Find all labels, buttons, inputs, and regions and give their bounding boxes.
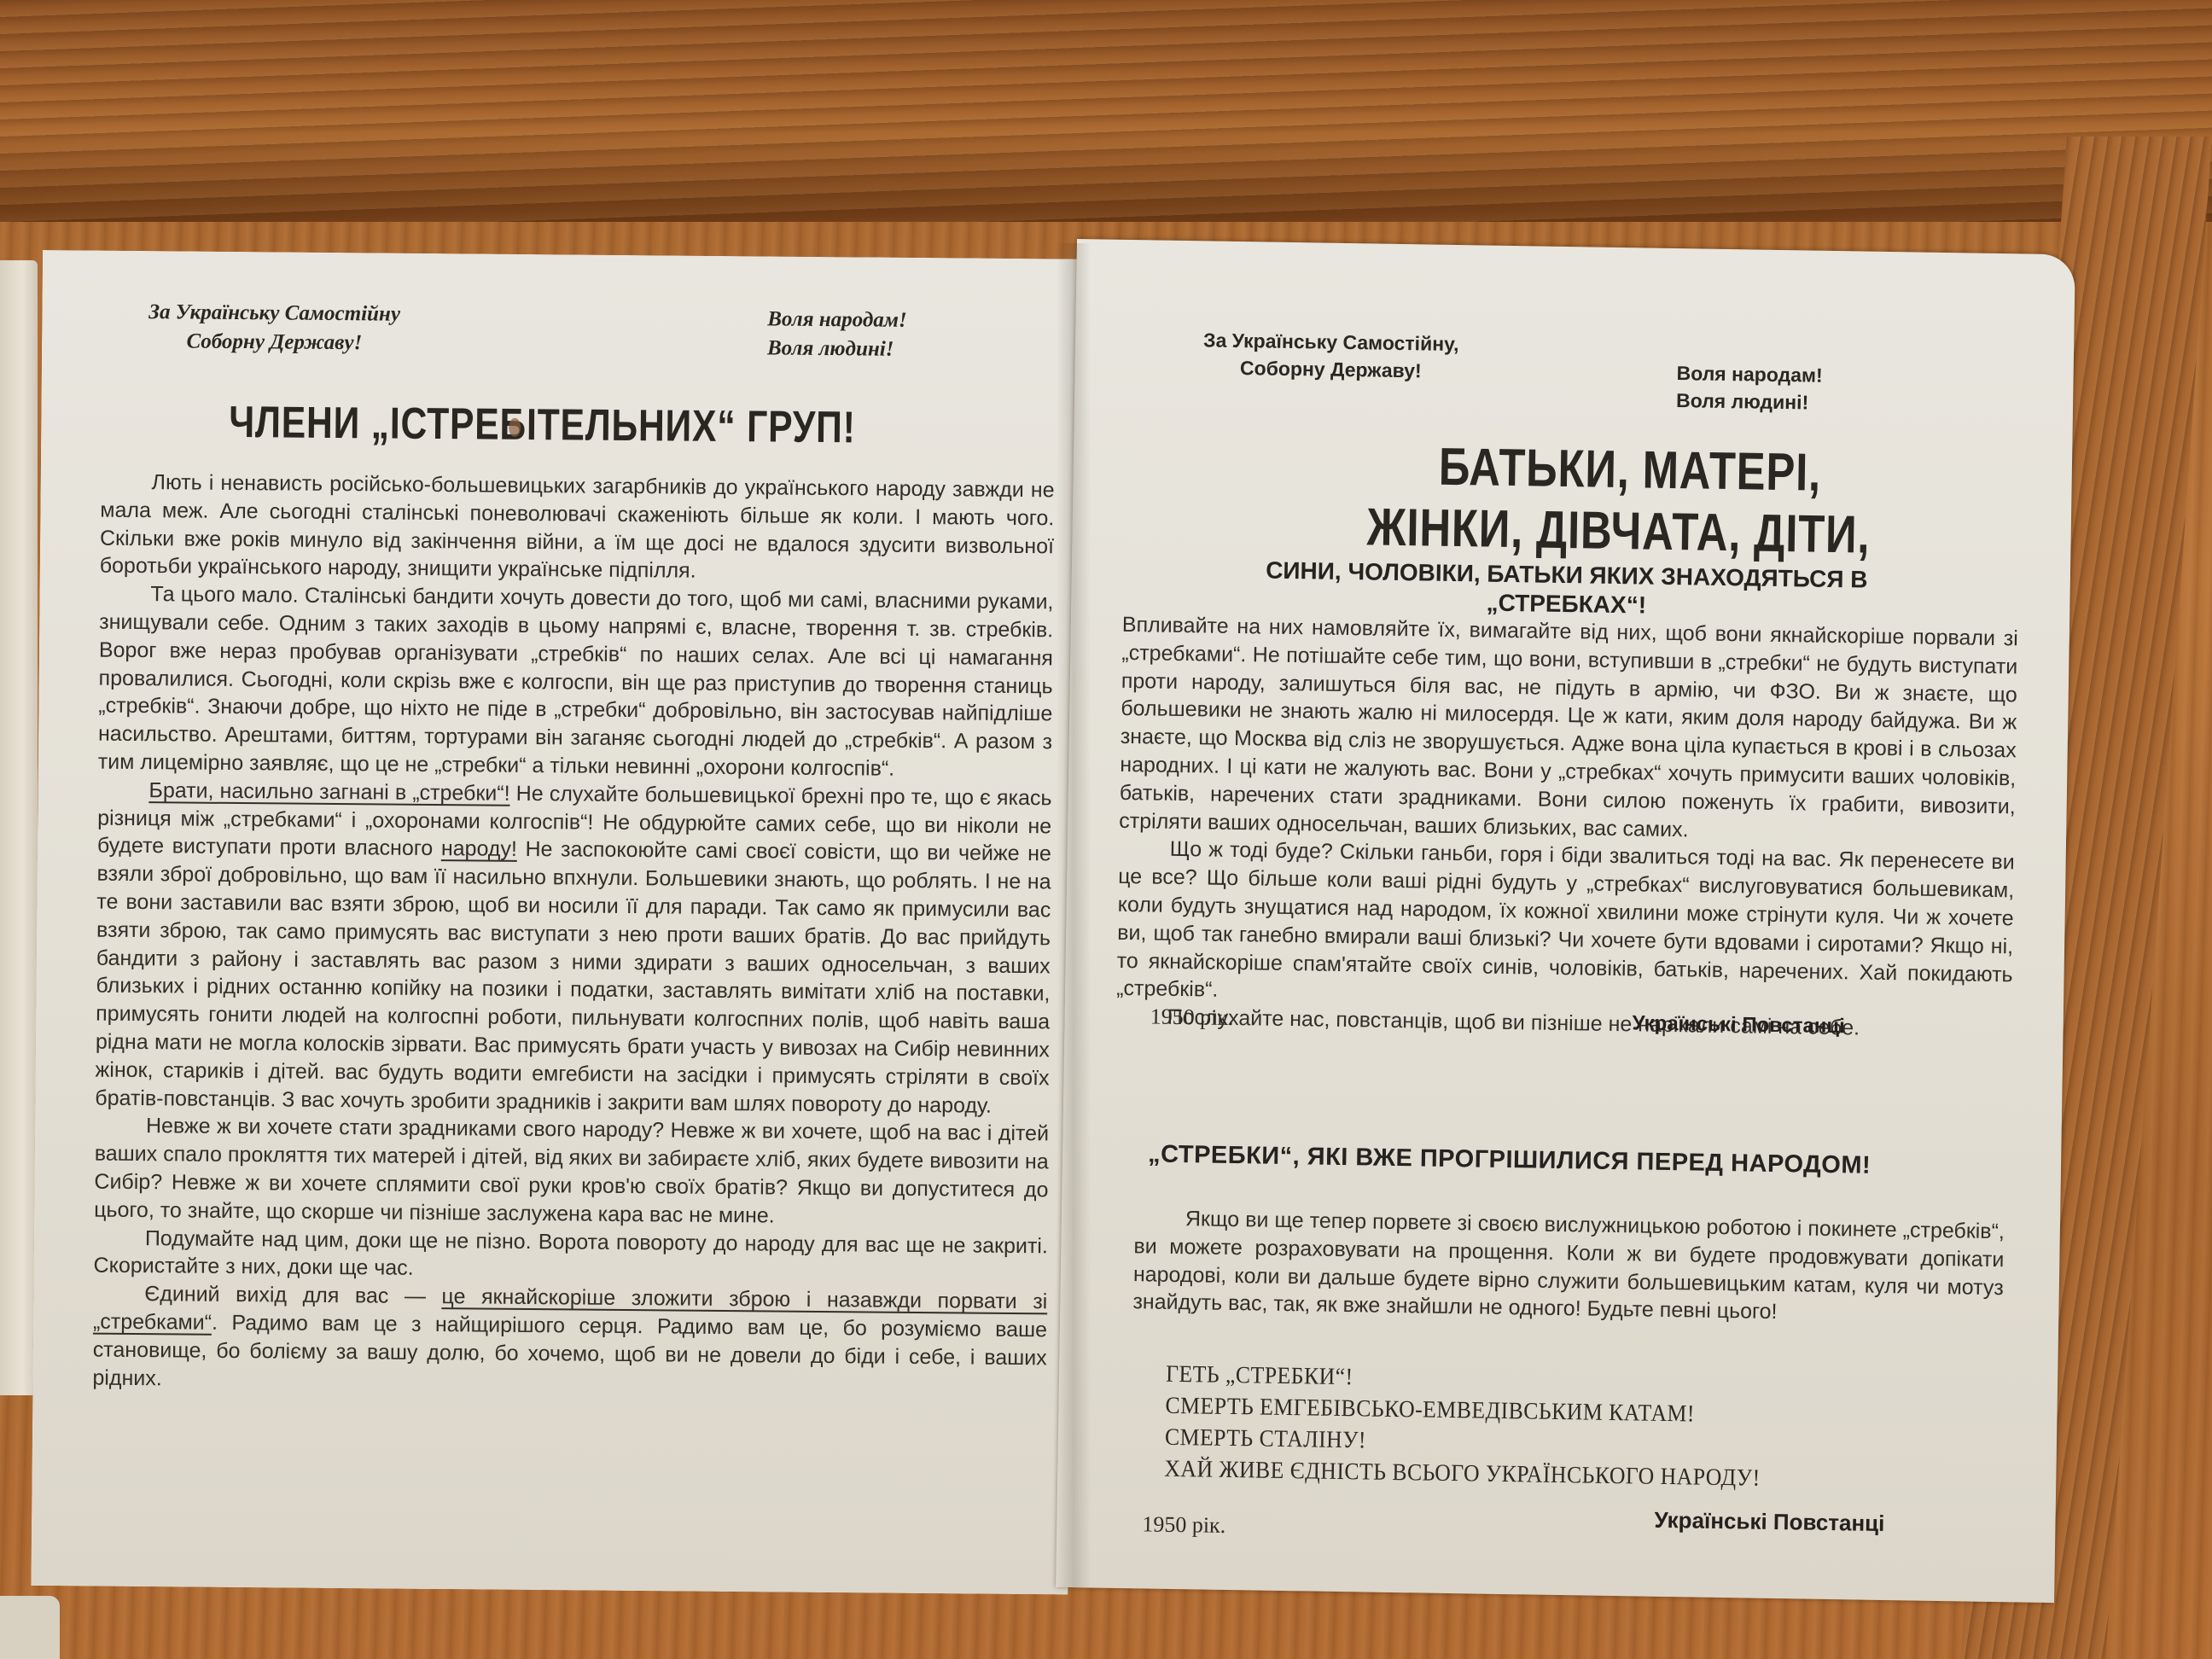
- underlined-text: народу!: [441, 836, 517, 861]
- right-motto-state: За Українську Самостійну, Соборну Держав…: [1202, 326, 1458, 385]
- motto-line: Соборну Державу!: [148, 327, 400, 358]
- paragraph: Та цього мало. Сталінські бандити хочуть…: [98, 580, 1054, 784]
- underlined-appeal: Брати, насильно загнані в „стребки“!: [148, 778, 509, 806]
- slogans-block: ГЕТЬ „СТРЕБКИ“! СМЕРТЬ ЕМГЕБІВСЬКО-ЕМВЕД…: [1164, 1359, 1813, 1495]
- motto-line: Воля людині!: [1676, 387, 1823, 416]
- paragraph: Брати, насильно загнані в „стребки“! Не …: [95, 776, 1051, 1120]
- adjacent-page-edge: [0, 260, 38, 1395]
- date-1950-second: 1950 рік.: [1142, 1511, 1225, 1539]
- paragraph: Невже ж ви хочете стати зрадниками свого…: [94, 1112, 1049, 1232]
- left-motto-freedom: Воля народам! Воля людині!: [767, 305, 907, 364]
- motto-line: Воля народам!: [767, 305, 907, 335]
- paper-corner: [0, 1596, 60, 1659]
- left-page-title: ЧЛЕНИ „ІСТРЕБІТЕЛЬНИХ“ ГРУП!: [229, 397, 856, 453]
- right-page-title: БАТЬКИ, МАТЕРІ, ЖІНКИ, ДІВЧАТА, ДІТИ,: [1366, 435, 1871, 566]
- date-1950: 1950 рік.: [1150, 1004, 1233, 1031]
- wooden-shelf-top: [0, 0, 2212, 222]
- text-run: . Радимо вам це з найщирішого серця. Рад…: [92, 1311, 1047, 1390]
- motto-line: Воля народам!: [1676, 359, 1823, 389]
- section-body: Якщо ви ще тепер порвете зі своєю вислуж…: [1132, 1204, 2005, 1330]
- left-page: За Українську Самостійну Соборну Державу…: [31, 250, 1080, 1595]
- paragraph: Єдиний вихід для вас — це якнайскоріше з…: [92, 1280, 1047, 1400]
- title-line: БАТЬКИ, МАТЕРІ,: [1367, 435, 1871, 504]
- paragraph: Якщо ви ще тепер порвете зі своєю вислуж…: [1132, 1204, 2005, 1330]
- paragraph: Що ж тоді буде? Скільки ганьби, горя і б…: [1116, 835, 2015, 1016]
- right-page: За Українську Самостійну, Соборну Держав…: [1056, 239, 2075, 1603]
- text-run: Єдиний вихід для вас —: [144, 1282, 441, 1308]
- section-heading: „СТРЕБКИ“, ЯКІ ВЖЕ ПРОГРІШИЛИСЯ ПЕРЕД НА…: [1148, 1140, 1871, 1179]
- right-motto-freedom: Воля народам! Воля людині!: [1676, 359, 1823, 416]
- right-page-body: Впливайте на них намовляйте їх, вимагайт…: [1115, 611, 2018, 1045]
- text-run: Не заспокоюйте самі своєї совісти, що ви…: [95, 837, 1051, 1117]
- paragraph: Лють і ненависть російсько-большевицьких…: [100, 469, 1055, 589]
- left-motto-state: За Українську Самостійну Соборну Державу…: [148, 298, 400, 358]
- motto-line: Соборну Державу!: [1202, 353, 1458, 385]
- motto-line: Воля людині!: [767, 334, 907, 364]
- paragraph: Впливайте на них намовляйте їх, вимагайт…: [1119, 611, 2018, 849]
- left-page-body: Лють і ненависть російсько-большевицьких…: [92, 469, 1054, 1400]
- paragraph: Подумайте над цим, доки ще не пізно. Вор…: [93, 1224, 1048, 1288]
- motto-line: За Українську Самостійну,: [1203, 326, 1459, 358]
- title-line: ЖІНКИ, ДІВЧАТА, ДІТИ,: [1366, 497, 1871, 566]
- motto-line: За Українську Самостійну: [148, 298, 400, 329]
- signature-insurgents: Українські Повстанці: [1632, 1011, 1845, 1039]
- signature-insurgents-second: Українські Повстанці: [1654, 1507, 1884, 1537]
